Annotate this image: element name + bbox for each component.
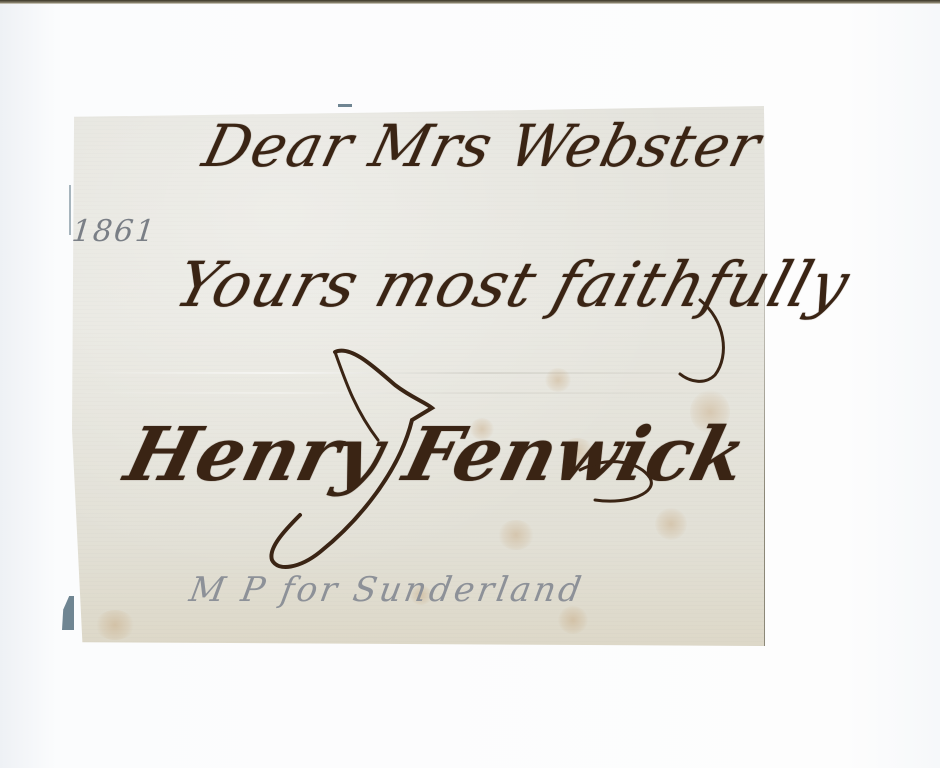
paper-fold-line	[72, 392, 764, 394]
foxing-stain	[558, 606, 588, 634]
paper-fold-line	[72, 372, 764, 374]
foxing-stain	[95, 610, 135, 640]
pencil-annotation: M P for Sunderland	[186, 570, 587, 610]
foxing-stain	[498, 520, 534, 550]
salutation-text: Dear Mrs Webster	[197, 112, 768, 180]
closing-text: Yours most faithfully	[168, 248, 859, 321]
blue-paper-edge-left	[69, 185, 71, 235]
foxing-stain	[545, 368, 571, 392]
signature: Henry Fenwick	[117, 412, 755, 498]
blue-paper-fragment-top	[338, 104, 352, 107]
foxing-stain	[655, 508, 687, 540]
year-annotation: 1861	[70, 214, 158, 249]
autograph-paper	[72, 106, 764, 646]
